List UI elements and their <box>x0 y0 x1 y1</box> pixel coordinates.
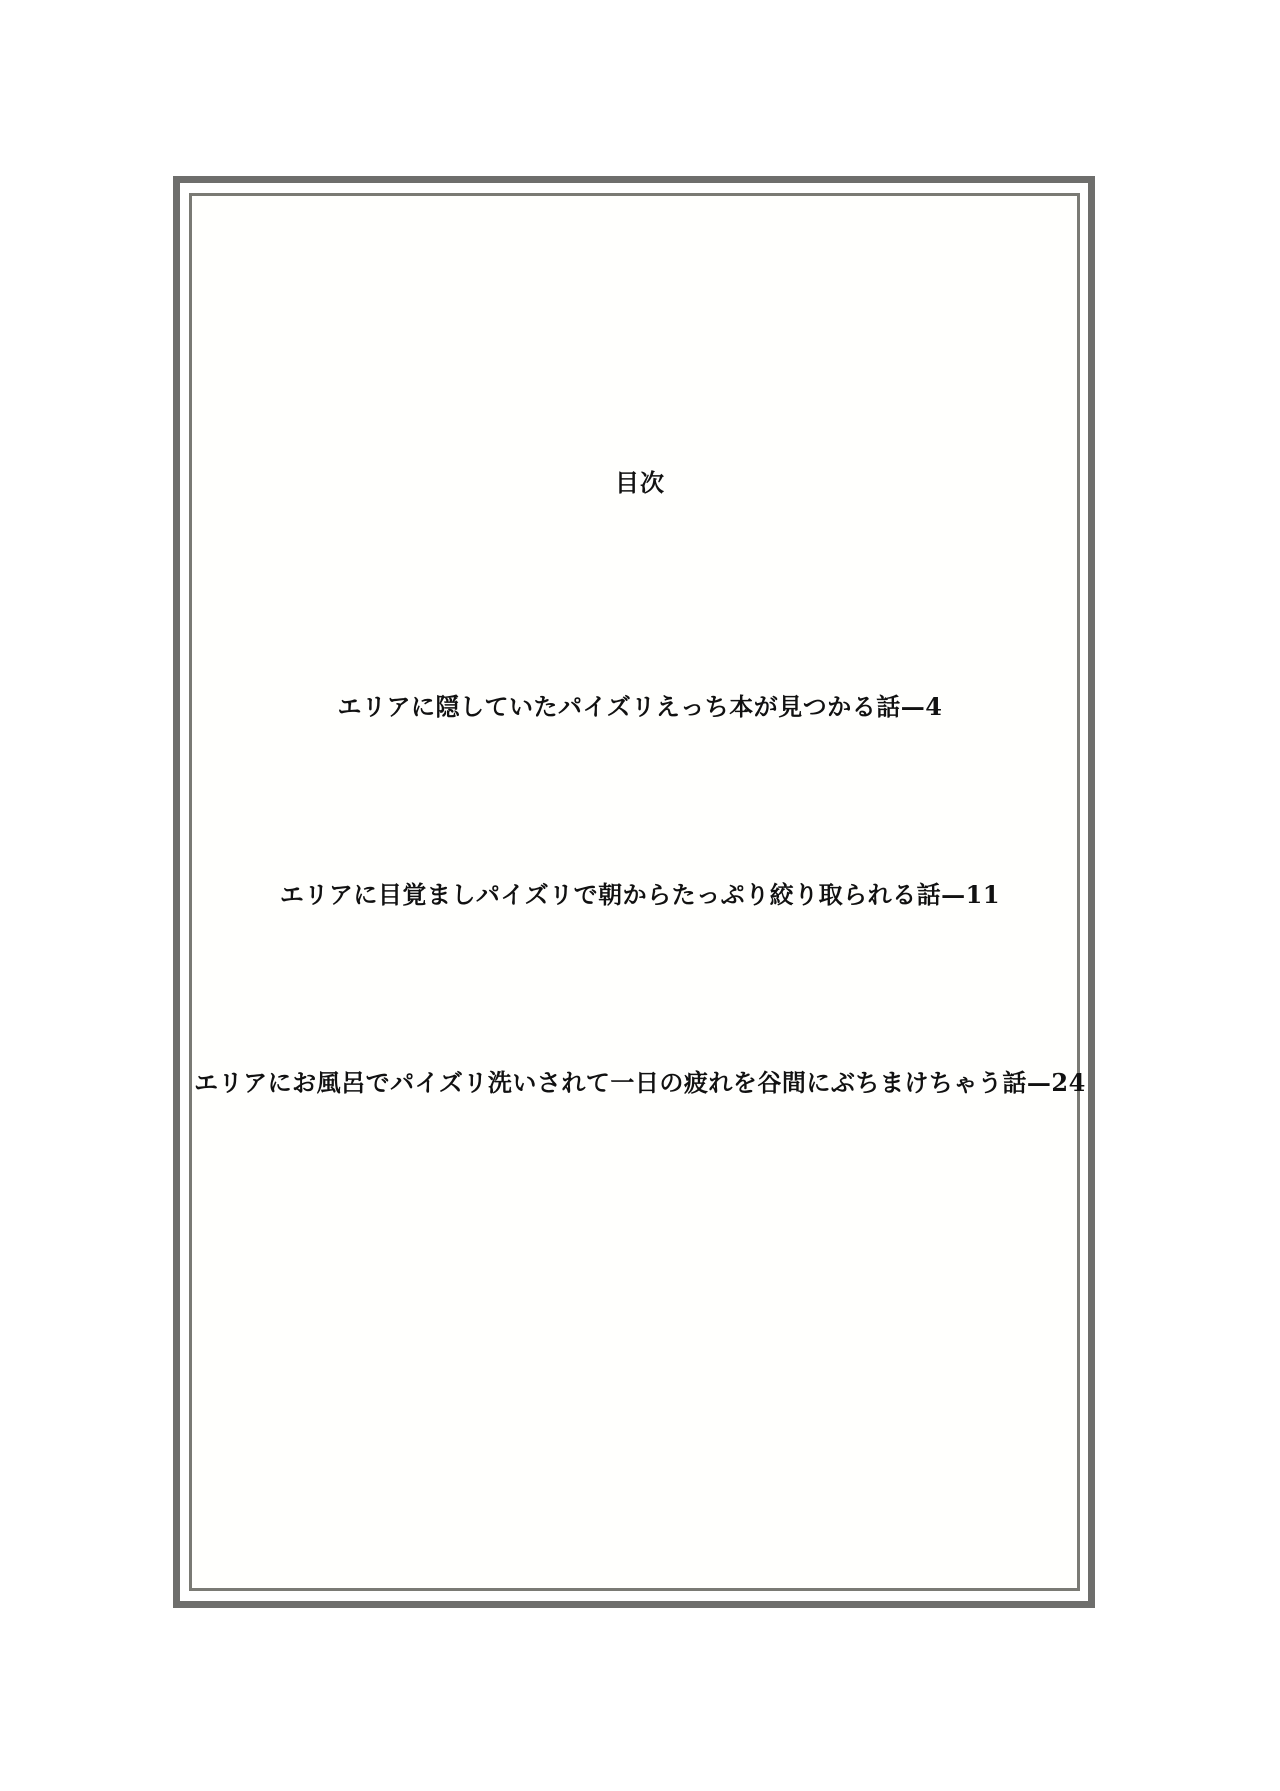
toc-entry-separator: — <box>1027 1068 1052 1097</box>
toc-entry-title: エリアに隠していたパイズリえっち本が見つかる話 <box>338 692 901 721</box>
toc-entry-title: エリアにお風呂でパイズリ洗いされて一日の疲れを谷間にぶちまけちゃう話 <box>194 1068 1027 1097</box>
toc-entry: エリアに隠していたパイズリえっち本が見つかる話—4 <box>0 687 1280 722</box>
toc-heading: 目次 <box>0 463 1280 498</box>
toc-entry: エリアに目覚ましパイズリで朝からたっぷり絞り取られる話—11 <box>0 875 1280 910</box>
toc-entry-page-number: 11 <box>966 880 1000 909</box>
toc-entry-page-number: 4 <box>925 692 942 721</box>
toc-entry: エリアにお風呂でパイズリ洗いされて一日の疲れを谷間にぶちまけちゃう話—24 <box>0 1063 1280 1098</box>
toc-entry-page-number: 24 <box>1051 1068 1085 1097</box>
toc-entry-separator: — <box>901 692 926 721</box>
toc-entry-separator: — <box>941 880 966 909</box>
toc-entry-title: エリアに目覚ましパイズリで朝からたっぷり絞り取られる話 <box>280 880 941 909</box>
